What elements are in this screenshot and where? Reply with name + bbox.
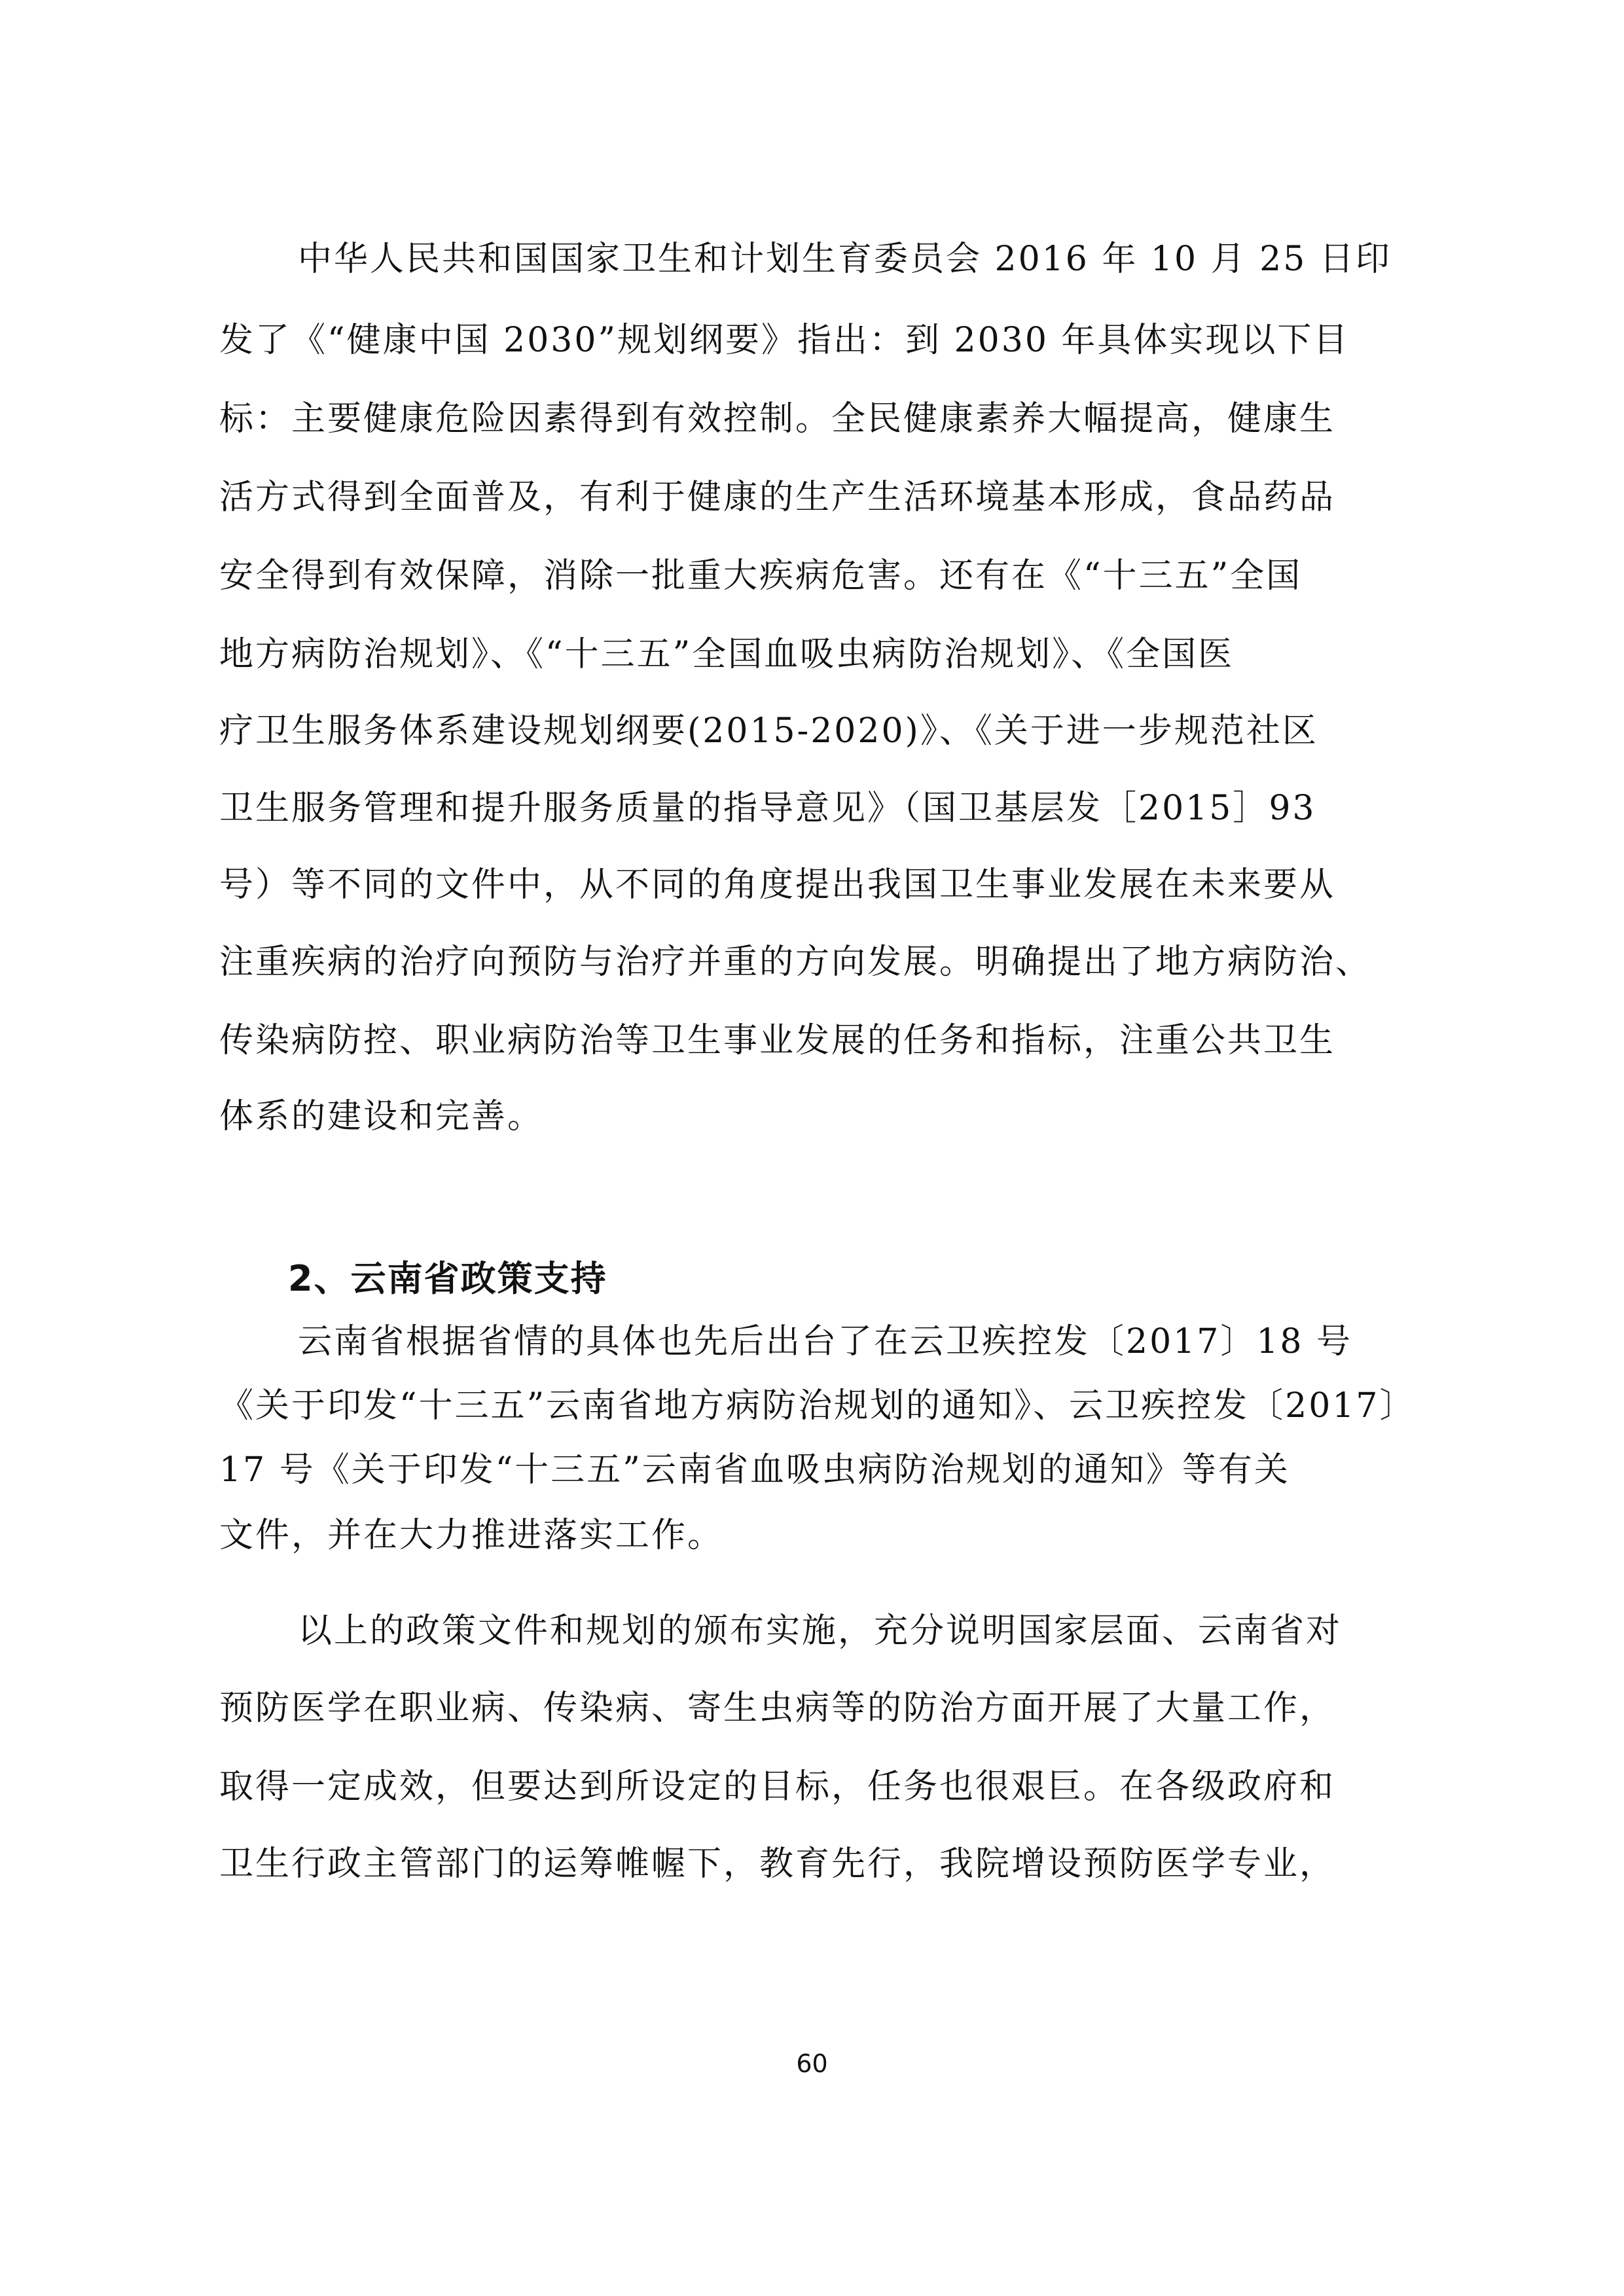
paragraph-line: 17 号《关于印发“十三五”云南省血吸虫病防治规划的通知》等有关 [219, 1450, 1290, 1490]
page-number: 60 [0, 2047, 1624, 2080]
paragraph-line: 安全得到有效保障，消除一批重大疾病危害。还有在《“十三五”全国 [219, 556, 1302, 596]
paragraph-line: 发了《“健康中国 2030”规划纲要》指出：到 2030 年具体实现以下目 [219, 321, 1349, 360]
paragraph-line: 卫生行政主管部门的运筹帷幄下，教育先行，我院增设预防医学专业， [219, 1844, 1335, 1884]
paragraph-line: 云南省根据省情的具体也先后出台了在云卫疾控发〔2017〕18 号 [298, 1322, 1352, 1361]
paragraph-line: 疗卫生服务体系建设规划纲要(2015-2020)》、《关于进一步规范社区 [219, 711, 1318, 751]
paragraph-line: 以上的政策文件和规划的颁布实施，充分说明国家层面、云南省对 [298, 1611, 1342, 1651]
paragraph-line: 中华人民共和国国家卫生和计划生育委员会 2016 年 10 月 25 日印 [298, 240, 1392, 279]
paragraph-line: 活方式得到全面普及，有利于健康的生产生活环境基本形成，食品药品 [219, 478, 1335, 517]
paragraph-line: 体系的建设和完善。 [219, 1097, 543, 1136]
paragraph-line: 标：主要健康危险因素得到有效控制。全民健康素养大幅提高，健康生 [219, 399, 1335, 439]
paragraph-line: 地方病防治规划》、《“十三五”全国血吸虫病防治规划》、《全国医 [219, 635, 1234, 674]
paragraph-line: 《关于印发“十三五”云南省地方病防治规划的通知》、云卫疾控发〔2017〕 [219, 1386, 1416, 1426]
paragraph-line: 号）等不同的文件中，从不同的角度提出我国卫生事业发展在未来要从 [219, 865, 1335, 905]
paragraph-line: 文件，并在大力推进落实工作。 [219, 1516, 723, 1555]
paragraph-line: 取得一定成效，但要达到所设定的目标，任务也很艰巨。在各级政府和 [219, 1767, 1335, 1806]
paragraph-line: 预防医学在职业病、传染病、寄生虫病等的防治方面开展了大量工作， [219, 1689, 1335, 1728]
section-heading: 2、云南省政策支持 [288, 1259, 607, 1299]
paragraph-line: 卫生服务管理和提升服务质量的指导意见》（国卫基层发［2015］93 [219, 789, 1316, 828]
paragraph-line: 注重疾病的治疗向预防与治疗并重的方向发展。明确提出了地方病防治、 [219, 942, 1371, 982]
paragraph-line: 传染病防控、职业病防治等卫生事业发展的任务和指标，注重公共卫生 [219, 1021, 1335, 1060]
